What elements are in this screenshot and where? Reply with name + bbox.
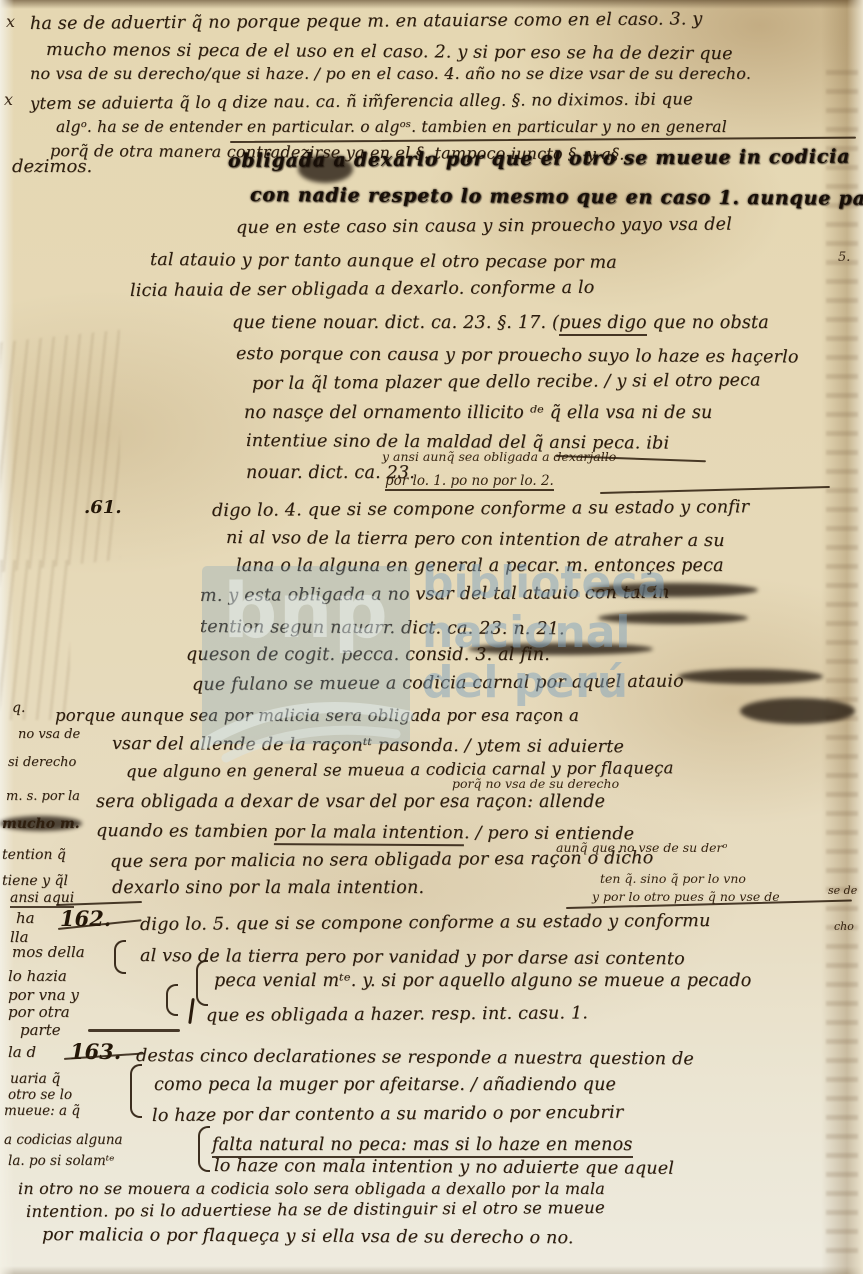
manuscript-line: quando es tambien por la mala intention.… (96, 821, 634, 844)
ink-stroke (230, 137, 856, 143)
margin-note: la. po si solamᵗᵉ (8, 1153, 114, 1169)
manuscript-line: m. y esta obligada a no vsar del tal ata… (200, 583, 670, 606)
margin-note: a codicias alguna (4, 1132, 123, 1148)
interlinear-note: porq̃ no vsa de su derecho (452, 776, 619, 791)
manuscript-line: tal atauio y por tanto aunque el otro pe… (150, 250, 617, 273)
manuscript-line-heavy: obligada a dexarlo por que el otro se mu… (228, 146, 850, 172)
margin-note-number: 5. (838, 250, 850, 265)
manuscript-line: no vsa de su derecho/que si haze. / po e… (30, 64, 751, 83)
margin-note: por otra (8, 1003, 70, 1021)
brace-mark (196, 960, 208, 1006)
manuscript-line: que en este caso sin causa y sin prouech… (236, 215, 732, 238)
underlined-phrase: pues digo (559, 313, 647, 336)
manuscript-line: digo lo. 4. que si se compone conforme a… (212, 497, 749, 521)
manuscript-line: que fulano se mueue a codicia carnal por… (192, 672, 684, 695)
margin-note: mucho m. (2, 816, 80, 832)
margin-x-mark: x (4, 90, 13, 109)
brace-mark (114, 940, 126, 974)
manuscript-line: como peca la muger por afeitarse. / añad… (154, 1075, 616, 1095)
manuscript-line: tention segun nauarr. dict. ca. 23. n. 2… (200, 617, 565, 639)
interlinear-note: aunq̃ que no vse de su derᵒ (556, 840, 727, 855)
manuscript-line: digo lo. 5. que si se compone conforme a… (140, 911, 711, 935)
manuscript-line: que tiene nouar. dict. ca. 23. §. 17. (p… (232, 313, 769, 333)
ink-stroke (600, 486, 830, 494)
margin-note: por vna y (8, 986, 79, 1004)
manuscript-line: por la q̃l toma plazer que dello recibe.… (252, 370, 761, 394)
edge-word: cho (834, 920, 854, 933)
manuscript-page: x x 5. .61. 162. 163. ha se de aduertir … (0, 0, 863, 1274)
manuscript-line: no nasçe del ornamento illicito ᵈᵉ q̃ el… (244, 403, 712, 423)
manuscript-line: intention. po si lo aduertiese ha se de … (26, 1198, 605, 1221)
margin-note: la d (8, 1043, 36, 1061)
margin-note: uaria q̃ (10, 1071, 60, 1087)
margin-note: mueue: a q̃ (4, 1103, 80, 1119)
manuscript-line: sera obligada a dexar de vsar del por es… (96, 792, 605, 812)
bnp-swoosh-icon (196, 686, 416, 770)
margin-number-61: .61. (84, 497, 122, 518)
margin-note: otro se lo (8, 1087, 72, 1103)
margin-note: dezimos. (12, 156, 92, 177)
bleedthrough-left-2 (0, 560, 70, 720)
ink-blot (678, 669, 823, 684)
line-part: que no obsta (647, 313, 769, 333)
margin-note: lo hazia (8, 967, 67, 985)
brace-mark (130, 1064, 142, 1118)
manuscript-line: que es obligada a hazer. resp. int. casu… (206, 1003, 588, 1026)
brace-mark (166, 984, 178, 1016)
margin-note: m. s. por la (6, 789, 80, 804)
margin-note: q. (12, 700, 25, 716)
manuscript-line: algᵒ. ha se de entender en particular. o… (56, 118, 727, 136)
edge-word: se de (828, 884, 857, 897)
manuscript-line: vsar del allende de la raçonᵗᵗ pasonda. … (112, 734, 624, 757)
margin-number-163: 163. (70, 1039, 121, 1064)
underlined-phrase: por la mala intention (274, 822, 464, 846)
manuscript-line: falta natural no peca: mas si lo haze en… (212, 1135, 633, 1155)
brace-mark (188, 998, 194, 1024)
manuscript-line: ni al vso de la tierra pero con intentio… (226, 528, 725, 551)
manuscript-line: ha se de aduertir q̃ no porque peque m. … (30, 9, 703, 34)
bleedthrough-left (0, 330, 120, 573)
manuscript-line: lo haze por dar contento a su marido o p… (152, 1103, 624, 1126)
bleedthrough-right (826, 70, 858, 1260)
interlinear-note: por lo. 1. po no por lo. 2. (385, 473, 554, 491)
manuscript-line: por malicia o por flaqueça y si ella vsa… (42, 1225, 574, 1248)
margin-note: tention q̃ (2, 847, 66, 863)
manuscript-line: porque aunque sea por malicia sera oblig… (55, 706, 579, 725)
manuscript-line: peca venial mᵗᵉ. y. si por aquello algun… (214, 971, 751, 991)
manuscript-line: lana o la alguna en general a pecar. m. … (236, 556, 724, 576)
manuscript-line: queson de cogit. pecca. consid. 3. al fi… (186, 645, 550, 665)
interlinear-note: ten q̃. sino q̃ por lo vno (600, 871, 746, 886)
manuscript-line: in otro no se mouera a codicia solo sera… (18, 1179, 605, 1198)
manuscript-line: mucho menos si peca de el uso en el caso… (46, 40, 733, 64)
bnp-logo-text: bnp (223, 568, 389, 654)
manuscript-line: destas cinco declarationes se responde a… (136, 1046, 694, 1069)
margin-note: parte (20, 1021, 61, 1039)
ink-stroke (88, 1029, 180, 1032)
manuscript-line: dexarlo sino por la mala intention. (112, 878, 424, 898)
manuscript-line-heavy: con nadie respeto lo mesmo que en caso 1… (250, 184, 863, 210)
manuscript-line: esto porque con causa y por prouecho suy… (236, 344, 799, 367)
ink-blot (740, 698, 855, 724)
manuscript-line: ytem se aduierta q̃ lo q dize nau. ca. ñ… (30, 89, 693, 113)
ink-blot (598, 612, 748, 624)
margin-note: mos della (12, 943, 85, 961)
manuscript-line: licia hauia de ser obligada a dexarlo. c… (130, 278, 595, 301)
underlined-phrase: falta natural no peca: mas si lo haze en… (212, 1135, 633, 1158)
margin-note: tiene y q̃l (2, 873, 68, 889)
margin-note: si derecho (8, 755, 76, 770)
brace-mark (198, 1126, 210, 1172)
margin-note: no vsa de (18, 727, 80, 742)
manuscript-line: lo haze con mala intention y no aduierte… (214, 1156, 674, 1179)
manuscript-line: al vso de la tierra pero por vanidad y p… (140, 946, 685, 969)
line-part: que tiene nouar. dict. ca. 23. §. 17. ( (232, 313, 559, 333)
margin-note: ha (16, 909, 35, 927)
line-part: quando es tambien (96, 821, 274, 842)
margin-x-mark: x (6, 12, 15, 31)
